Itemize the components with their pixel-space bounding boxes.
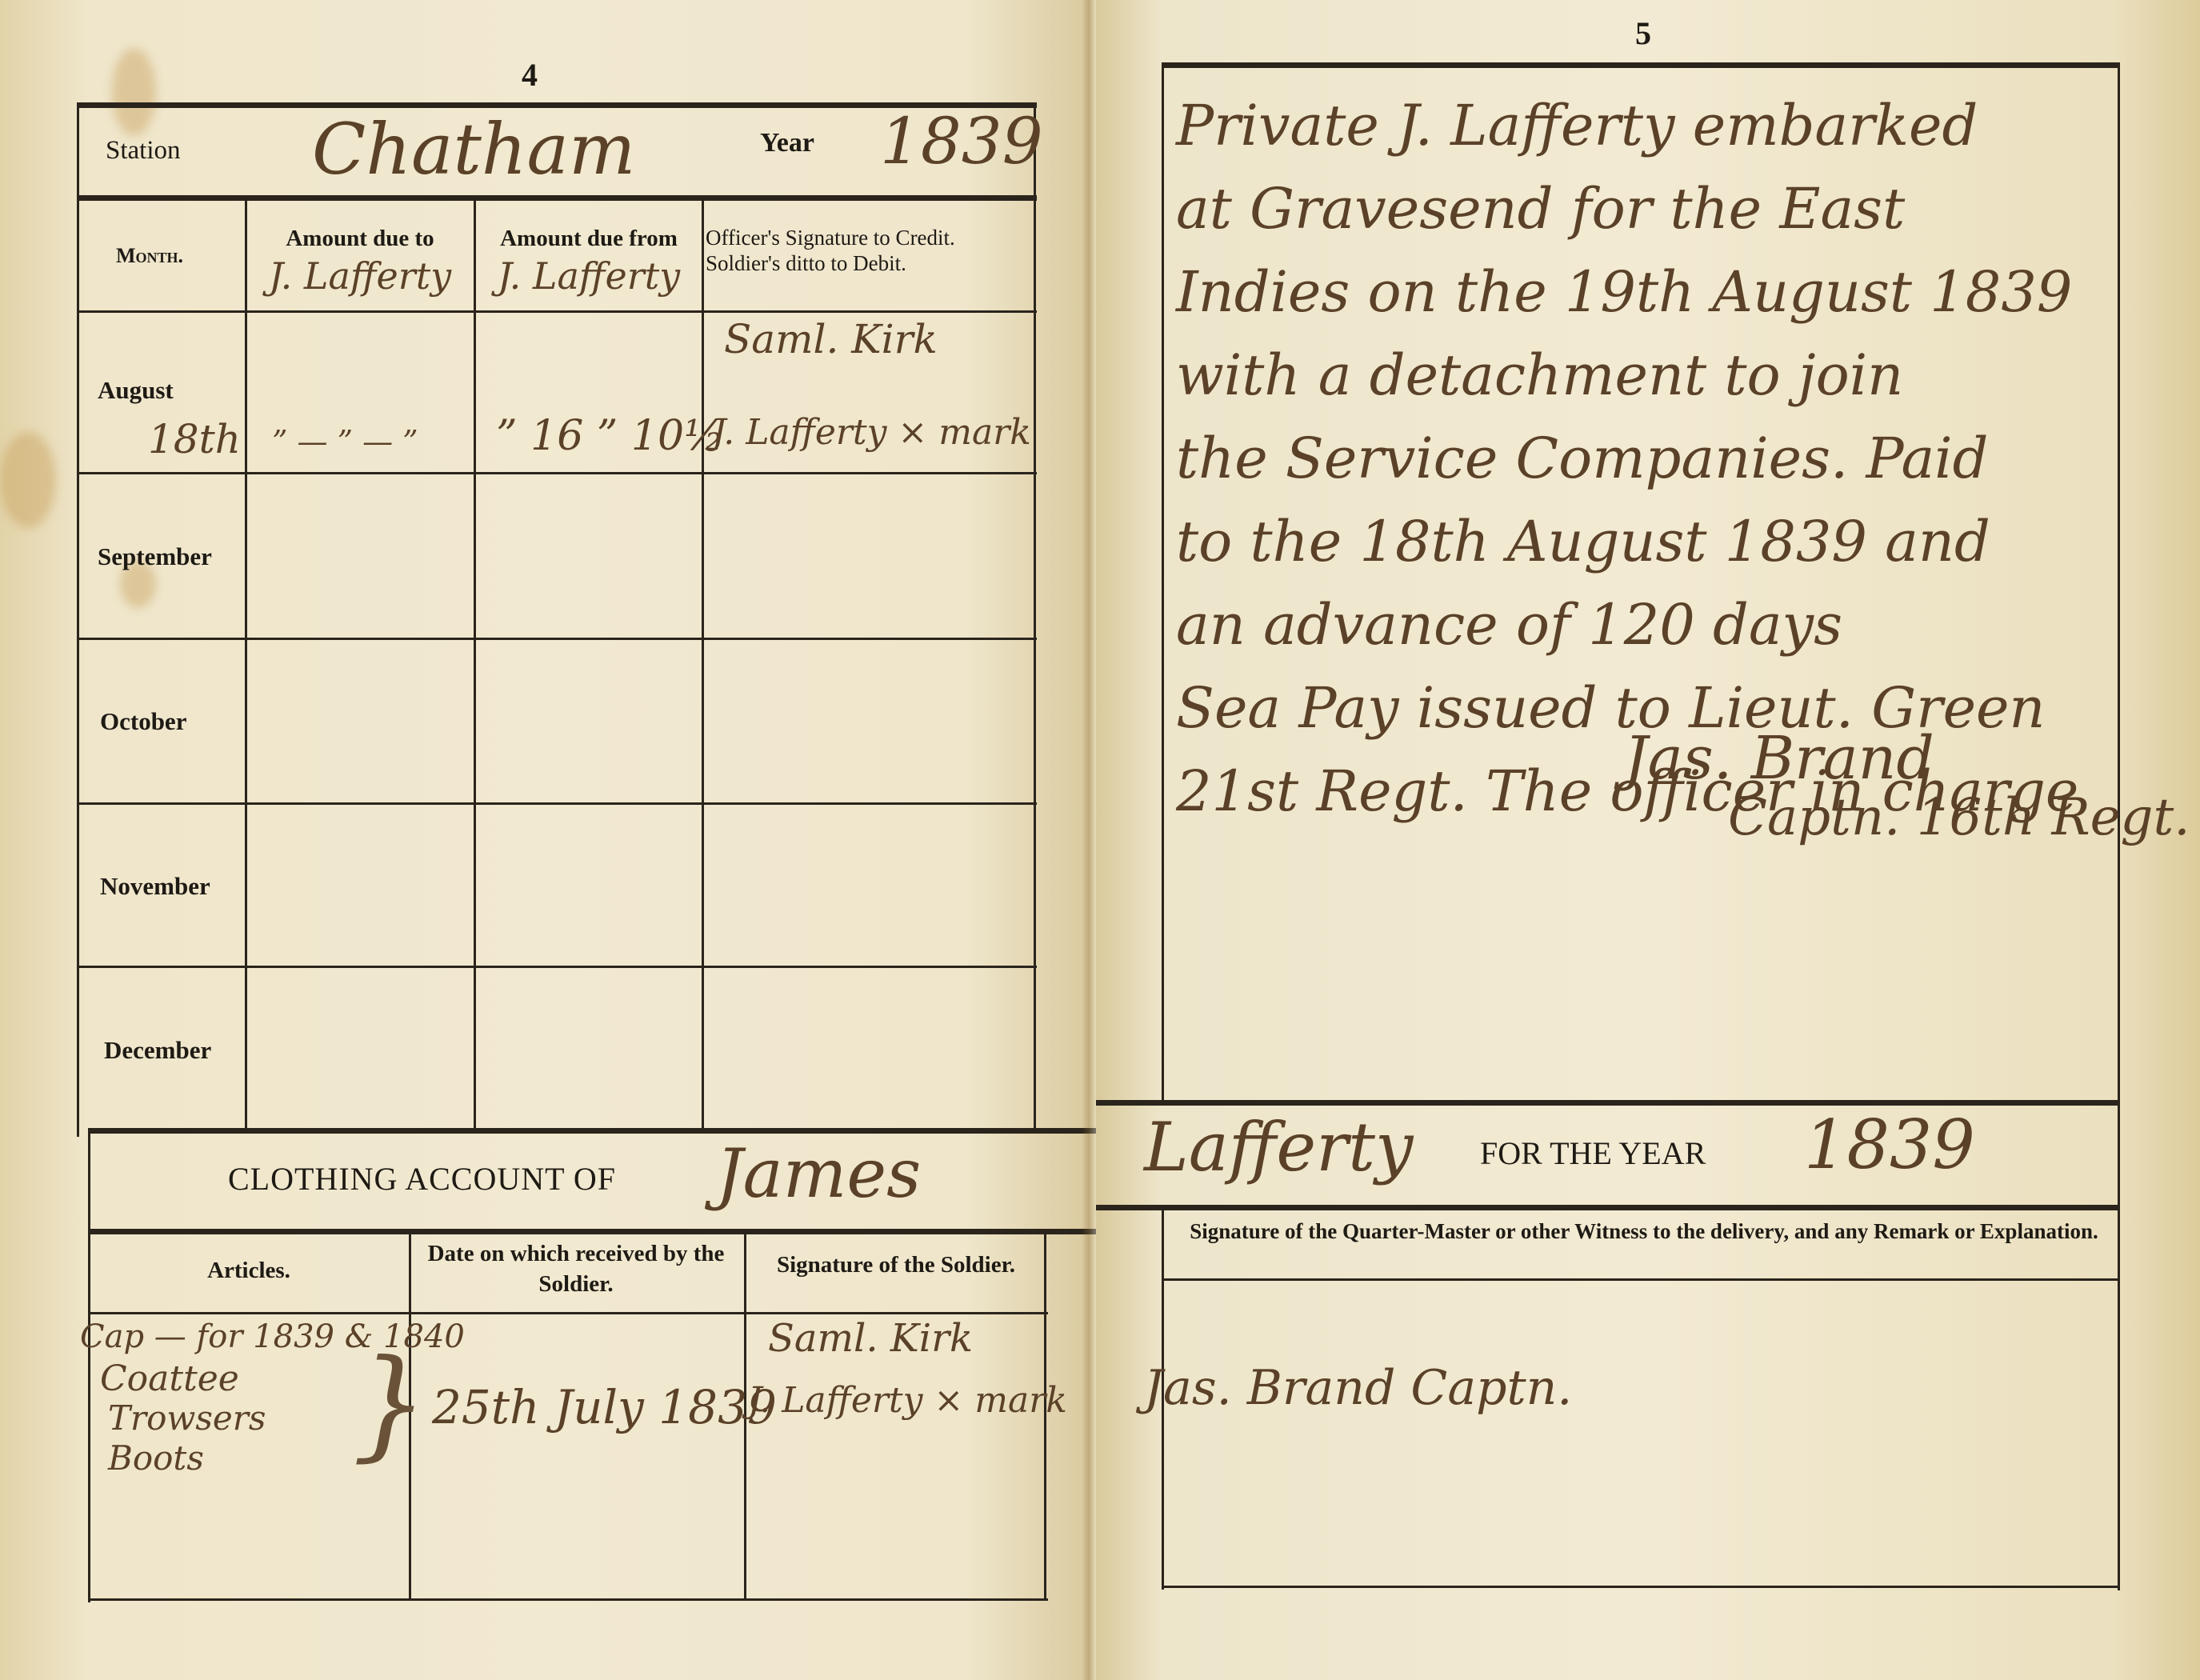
rule — [1162, 1586, 2120, 1588]
remarks-line: at Gravesend for the East — [1176, 167, 2078, 250]
left-page: 4 Station Chatham Year 1839 Month. Amoun… — [0, 0, 1096, 1680]
rule — [474, 200, 476, 1128]
clothing-first-name: James — [716, 1134, 921, 1213]
due-from-cell[interactable]: ” 16 ” 10½ — [496, 412, 725, 460]
clothing-surname: Lafferty — [1144, 1108, 1413, 1186]
rule — [1034, 105, 1036, 1129]
witness-header: Signature of the Quarter-Master or other… — [1176, 1218, 2112, 1245]
amount-due-from-name: J. Lafferty — [477, 254, 701, 298]
clothing-title: CLOTHING ACCOUNT OF — [228, 1160, 616, 1198]
rule — [245, 200, 247, 1128]
article-item: Coattee — [100, 1358, 239, 1399]
clothing-officer-signature: Saml. Kirk — [768, 1316, 973, 1361]
rule — [88, 1229, 1096, 1234]
remarks-text: Private J. Lafferty embarked at Gravesen… — [1176, 84, 2078, 833]
stain — [112, 48, 156, 136]
clothing-soldier-signature: J. Lafferty × mark — [748, 1380, 1067, 1421]
year-value[interactable]: 1839 — [880, 104, 1043, 178]
remarks-line: to the 18th August 1839 and — [1176, 500, 2078, 583]
year-label: Year — [760, 128, 814, 158]
for-the-year-label: FOR THE YEAR — [1480, 1134, 1706, 1172]
amount-due-to-header: Amount due to — [248, 226, 472, 252]
month-cell: August — [98, 376, 174, 405]
rule — [1162, 66, 1164, 1102]
rule — [88, 1130, 90, 1602]
remarks-line: with a detachment to join — [1176, 334, 2078, 417]
rule — [77, 472, 1037, 474]
rule — [1096, 1205, 2120, 1210]
rule — [88, 1128, 1096, 1134]
month-header: Month. — [116, 244, 183, 268]
articles-header: Articles. — [90, 1258, 408, 1284]
month-cell: October — [100, 707, 186, 736]
signature-header-line1: Officer's Signature to Credit. — [706, 226, 955, 250]
rule — [1096, 1100, 2120, 1106]
witness-signature: Jas. Brand Captn. — [1144, 1360, 1572, 1416]
rule — [1162, 1278, 2118, 1281]
stain — [0, 432, 56, 528]
rule — [77, 195, 1037, 201]
signature-header-line2: Soldier's ditto to Debit. — [706, 251, 906, 276]
station-value[interactable]: Chatham — [312, 108, 635, 190]
rule — [77, 638, 1037, 640]
month-cell: September — [98, 542, 212, 571]
rule — [77, 105, 79, 1137]
article-item: Boots — [108, 1438, 204, 1478]
amount-due-to-name: J. Lafferty — [248, 254, 472, 298]
date-received-value[interactable]: 25th July 1839 — [432, 1380, 777, 1434]
day-cell: 18th — [148, 416, 241, 462]
remarks-signature-title: Captn. 16th Regt. — [1728, 788, 2190, 847]
officer-signature: Saml. Kirk — [724, 316, 938, 362]
signature-header: Signature of the Soldier. — [748, 1252, 1044, 1278]
page-number: 4 — [522, 56, 538, 94]
month-cell: December — [104, 1036, 211, 1065]
station-label: Station — [106, 136, 181, 166]
article-item: Trowsers — [108, 1398, 266, 1438]
clothing-year-value: 1839 — [1804, 1106, 1975, 1184]
rule — [702, 200, 704, 1128]
remarks-line: an advance of 120 days — [1176, 583, 2078, 666]
remarks-line: Indies on the 19th August 1839 — [1176, 250, 2078, 334]
remarks-line: the Service Companies. Paid — [1176, 417, 2078, 500]
month-cell: November — [100, 872, 210, 901]
rule — [77, 310, 1037, 313]
remarks-signature: Jas. Brand — [1624, 724, 1934, 793]
rule — [77, 966, 1037, 968]
rule — [77, 802, 1037, 805]
remarks-line: Private J. Lafferty embarked — [1176, 84, 2078, 167]
date-received-header: Date on which received by the Soldier. — [416, 1238, 736, 1299]
soldier-signature: J. Lafferty × mark — [712, 412, 1031, 453]
rule — [88, 1312, 1048, 1314]
rule — [88, 1598, 1048, 1601]
due-to-cell[interactable]: ” — ” — ” — [272, 424, 418, 459]
right-page: 5 Private J. Lafferty embarked at Graves… — [1096, 0, 2200, 1680]
brace-glyph: } — [352, 1344, 428, 1464]
page-number: 5 — [1635, 14, 1651, 52]
rule — [1162, 62, 2120, 68]
amount-due-from-header: Amount due from — [477, 226, 701, 252]
